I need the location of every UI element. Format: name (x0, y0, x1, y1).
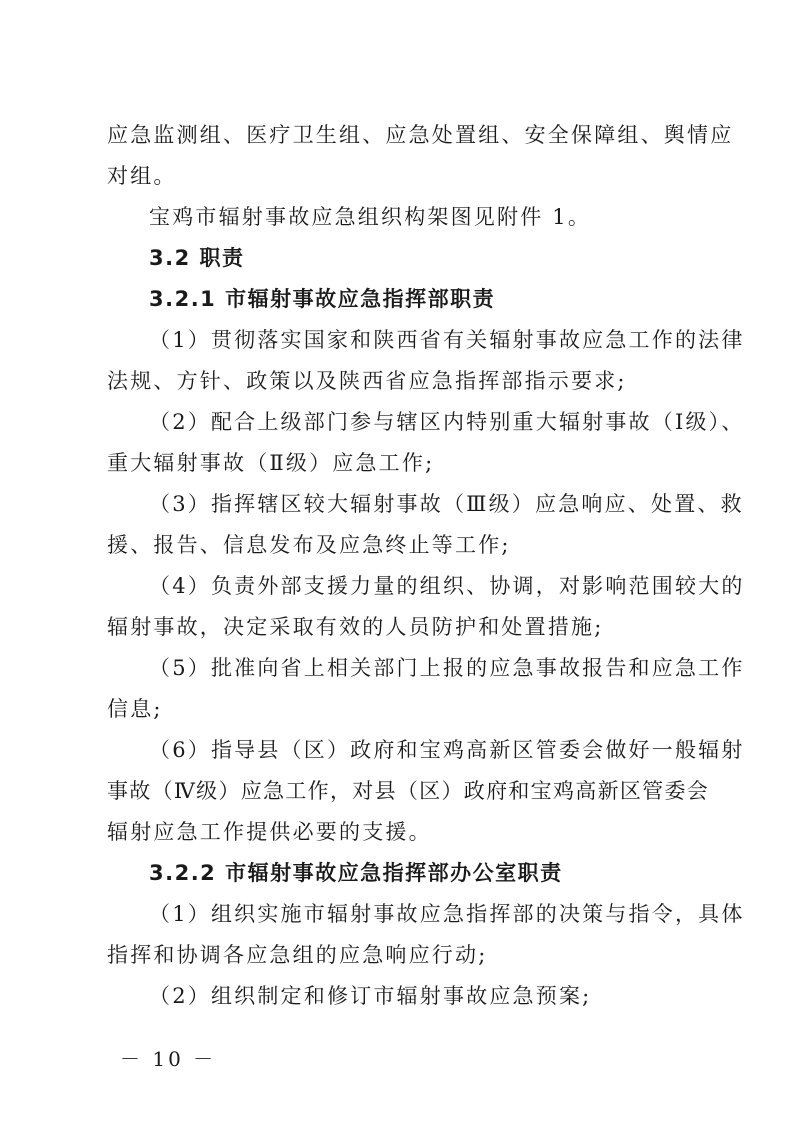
list-item-3-line-2: 援、报告、信息发布及应急终止等工作; (107, 532, 697, 558)
body-text-paragraph: 宝鸡市辐射事故应急组织构架图见附件 1。 (149, 204, 697, 230)
list-item-1-line-1: （1）贯彻落实国家和陕西省有关辐射事故应急工作的法律 (149, 327, 697, 353)
list-item-4-line-2: 辐射事故，决定采取有效的人员防护和处置措施; (107, 614, 697, 640)
list-item-5-line-2: 信息; (107, 696, 697, 722)
office-item-2-line-1: （2）组织制定和修订市辐射事故应急预案; (149, 983, 697, 1009)
list-item-2-line-2: 重大辐射事故（Ⅱ级）应急工作; (107, 450, 697, 476)
body-text-line: 对组。 (107, 163, 697, 189)
list-item-1-line-2: 法规、方针、政策以及陕西省应急指挥部指示要求; (107, 368, 697, 394)
section-heading-3-2: 3.2 职责 (149, 245, 697, 271)
office-item-1-line-2: 指挥和协调各应急组的应急响应行动; (107, 942, 697, 968)
list-item-2-line-1: （2）配合上级部门参与辖区内特别重大辐射事故（Ⅰ级）、 (149, 409, 697, 435)
list-item-4-line-1: （4）负责外部支援力量的组织、协调，对影响范围较大的 (149, 573, 697, 599)
list-item-5-line-1: （5）批准向省上相关部门上报的应急事故报告和应急工作 (149, 655, 697, 681)
office-item-1-line-1: （1）组织实施市辐射事故应急指挥部的决策与指令，具体 (149, 901, 697, 927)
page-number: － 10 － (120, 1043, 216, 1072)
section-heading-3-2-2: 3.2.2 市辐射事故应急指挥部办公室职责 (149, 860, 697, 886)
section-heading-3-2-1: 3.2.1 市辐射事故应急指挥部职责 (149, 286, 697, 312)
body-text-line: 应急监测组、医疗卫生组、应急处置组、安全保障组、舆情应 (107, 122, 697, 148)
list-item-6-line-2: 事故（Ⅳ级）应急工作，对县（区）政府和宝鸡高新区管委会 (107, 778, 697, 804)
list-item-6-line-3: 辐射应急工作提供必要的支援。 (107, 819, 697, 845)
list-item-6-line-1: （6）指导县（区）政府和宝鸡高新区管委会做好一般辐射 (149, 737, 697, 763)
list-item-3-line-1: （3）指挥辖区较大辐射事故（Ⅲ级）应急响应、处置、救 (149, 491, 697, 517)
